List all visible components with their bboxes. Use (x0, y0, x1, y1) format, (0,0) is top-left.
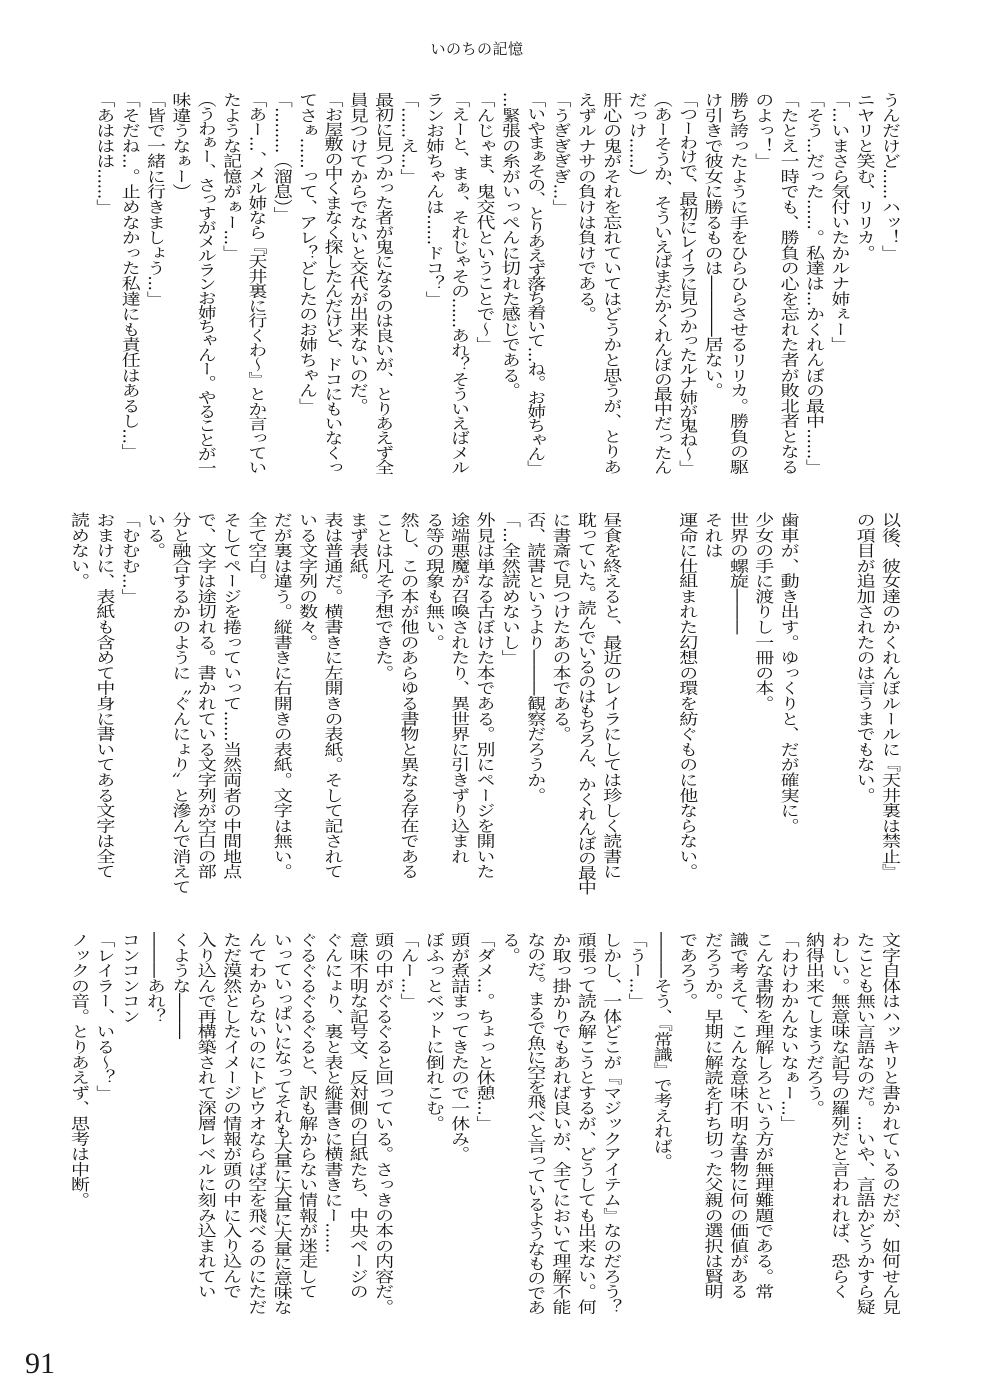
text-column: コンコンコン (116, 932, 141, 1314)
blank-column (826, 512, 851, 894)
text-column: る等の現象も無い。 (420, 512, 445, 894)
text-column: 「皆で一緒に行きましょう…」 (142, 92, 167, 474)
text-column: いる文字列の数々。 (294, 512, 319, 894)
text-column: 頭が煮詰まってきたので一休み。 (446, 932, 471, 1314)
text-column: 否、読書というより―――観察だろうか。 (522, 512, 547, 894)
text-column: 「そだね…。止めなかった私達にも責任はあるし…」 (116, 92, 141, 474)
text-column: 「………（溜息）」 (268, 92, 293, 474)
text-column: いる。 (142, 512, 167, 894)
text-column: …緊張の糸がいっぺんに切れた感じである。 (497, 92, 522, 474)
text-column: 「うぎぎぎぎ…」 (547, 92, 572, 474)
text-column: 「…全然読めないし」 (497, 512, 522, 894)
text-column: 「……え…」 (395, 92, 420, 474)
text-column: 少女の手に渡りし一冊の本。 (750, 512, 775, 894)
text-column: 「んじゃま、鬼交代ということで～」 (471, 92, 496, 474)
text-column: 然し、この本が他のあらゆる書物と異なる存在である (395, 512, 420, 894)
text-column: 耽っていた。読んでいるのはもちろん、かくれんぼの最中 (573, 512, 598, 894)
blank-column (801, 512, 826, 894)
text-column: 「たとえ一時でも、勝負の心を忘れた者が敗北者となる (775, 92, 800, 474)
text-column: だっけ……） (623, 92, 648, 474)
text-column: なのだ。まるで魚に空を飛べと言っているようなものであ (522, 932, 547, 1314)
blank-column (623, 512, 648, 894)
text-column: ノックの音。とりあえず、思考は中断。 (66, 932, 91, 1314)
text-column: 味違うなぁー） (167, 92, 192, 474)
text-column: だが裏は違う。縦書きに右開きの表紙。文字は無い。 (268, 512, 293, 894)
text-column: の項目が追加されたのは言うまでもない。 (851, 512, 876, 894)
text-column: ランお姉ちゃんは……ドコ？」 (420, 92, 445, 474)
text-column: で、文字は途切れる。書かれている文字列が空白の部 (192, 512, 217, 894)
text-column: 「ダメ…。ちょっと休憩…」 (471, 932, 496, 1314)
text-column: 員見つけてからでないと交代が出来ないのだ。 (344, 92, 369, 474)
text-column: 頑張って読み解こうとするが、どうしても出来ない。何 (573, 932, 598, 1314)
text-column: 歯車が、動き出す。ゆっくりと、だが確実に。 (775, 512, 800, 894)
text-column: 識で考えて、こんな意味不明な書物に何の価値がある (725, 932, 750, 1314)
text-column: 意味不明な記号文、反対側の白紙たち、中央ページの (344, 932, 369, 1314)
text-column: ―――あれ？ (142, 932, 167, 1314)
text-column: くような――― (167, 932, 192, 1314)
text-column: 「むむむ…」 (116, 512, 141, 894)
text-column: 勝ち誇ったように手をひらひらさせるリリカ。勝負の駆 (725, 92, 750, 474)
text-column: 「うー…」 (623, 932, 648, 1314)
text-column: か取っ掛かりでもあれば良いが、全てにおいて理解不能 (547, 932, 572, 1314)
text-column: のよっ！」 (750, 92, 775, 474)
text-column: ―――そう、『常識』で考えれば。 (649, 932, 674, 1314)
text-column: 「…いまさら気付いたかルナ姉ぇー」 (826, 92, 851, 474)
text-column: る。 (497, 932, 522, 1314)
text-column: 「あははは……」 (91, 92, 116, 474)
text-column: 途端悪魔が召喚されたり、異世界に引きずり込まれ (446, 512, 471, 894)
text-column: ニヤリと笑む、リリカ。 (851, 92, 876, 474)
text-column: 文字自体はハッキリと書かれているのだが、如何せん見 (877, 932, 902, 1314)
text-tier-top: うんだけど……ハッ！」 ニヤリと笑む、リリカ。 「…いまさら気付いたかルナ姉ぇー… (91, 92, 902, 474)
running-title: いのちの記憶 (0, 40, 954, 58)
text-column: んてわからないのにトビウオならば空を飛べるのにただ (243, 932, 268, 1314)
text-column: 「えーと、まぁ、それじゃその……あれ？そういえばメル (446, 92, 471, 474)
text-column: てさぁ……って、アレ？どしたのお姉ちゃん」 (294, 92, 319, 474)
text-column: 運命に仕組まれた幻想の環を紡ぐものに他ならない。 (674, 512, 699, 894)
text-column: 「レイラー、いる～？」 (91, 932, 116, 1314)
text-column: ぼふっとベットに倒れこむ。 (420, 932, 445, 1314)
text-column: 最初に見つかった者が鬼になるのは良いが、とりあえず全 (370, 92, 395, 474)
text-column: 「そう…だった……。私達は…かくれんぼの最中……」 (801, 92, 826, 474)
text-column: 読めない。 (66, 512, 91, 894)
text-column: 頭の中がぐるぐると回っている。さっきの本の内容だ。 (370, 932, 395, 1314)
text-column: 「んー…」 (395, 932, 420, 1314)
text-column: こんな書物を理解しろという方が無理難題である。常 (750, 932, 775, 1314)
text-column: 昼食を終えると、最近のレイラにしては珍しく読書に (598, 512, 623, 894)
text-column: 表は普通だ。横書きに左開きの表紙。そして記されて (319, 512, 344, 894)
text-tier-bottom: 文字自体はハッキリと書かれているのだが、如何せん見 たことも無い言語なのだ。…い… (66, 932, 902, 1314)
text-column: け引きで彼女に勝るものは――――居ない。 (699, 92, 724, 474)
text-column: たような記憶がぁー…」 (218, 92, 243, 474)
text-column: 以後、彼女達のかくれんぼルールに『天井裏は禁止』 (877, 512, 902, 894)
text-column: うんだけど……ハッ！」 (877, 92, 902, 474)
text-column: それは (699, 512, 724, 894)
text-column: ぐんにょり、裏と表と縦書きに横書きにー…… (319, 932, 344, 1314)
text-column: （うわぁー、さっすがメルランお姉ちゃんー。やることが一 (192, 92, 217, 474)
text-column: おまけに、表紙も含めて中身に書いてある文字は全て (91, 512, 116, 894)
text-column: えずルナサの負けは負けである。 (573, 92, 598, 474)
text-column: に書斎で見つけたあの本である。 (547, 512, 572, 894)
text-column: まず表紙。 (344, 512, 369, 894)
text-column: だろうか。早期に解読を打ち切った父親の選択は賢明 (699, 932, 724, 1314)
text-column: 世界の螺旋――― (725, 512, 750, 894)
text-column: であろう。 (674, 932, 699, 1314)
text-column: いっていっぱいになってそれも大量に大量に大量に意味な (268, 932, 293, 1314)
text-column: ただ漠然としたイメージの情報が頭の中に入り込んで (218, 932, 243, 1314)
blank-column (649, 512, 674, 894)
text-column: 「お屋敷の中くまなく探したんだけど、ドコにもいなくっ (319, 92, 344, 474)
text-column: 分と融合するかのように〝ぐんにょり〟と滲んで消えて (167, 512, 192, 894)
text-column: しかし、一体どこが『マジックアイテム』なのだろう？ (598, 932, 623, 1314)
text-column: 肝心の鬼がそれを忘れていてはどうかと思うが、とりあ (598, 92, 623, 474)
text-column: 全て空白。 (243, 512, 268, 894)
text-column: （あーそうか、そういえばまだかくれんぼの最中だったん (649, 92, 674, 474)
text-column: 外見は単なる古ぼけた本である。別にページを開いた (471, 512, 496, 894)
text-column: 入り込んで再構築されて深層レベルに刻み込まれてい (192, 932, 217, 1314)
text-column: わしい。無意味な記号の羅列だと言われれば、恐らく (826, 932, 851, 1314)
page-number: 91 (25, 1348, 55, 1380)
text-column: 納得出来てしまうだろう。 (801, 932, 826, 1314)
text-column: たことも無い言語なのだ。…いや、言語かどうかすら疑 (851, 932, 876, 1314)
text-column: そしてページを捲っていって……当然両者の中間地点 (218, 512, 243, 894)
text-column: 「あー…、メル姉なら『天井裏に行くわ～』とか言ってい (243, 92, 268, 474)
text-column: 「つーわけで、最初にレイラに見つかったルナ姉が鬼ね～」 (674, 92, 699, 474)
text-tier-middle: 以後、彼女達のかくれんぼルールに『天井裏は禁止』 の項目が追加されたのは言うまで… (66, 512, 902, 894)
text-column: ことは凡そ予想できた。 (370, 512, 395, 894)
text-column: 「いやまぁその、とりあえず落ち着いて…ね。お姉ちゃん」 (522, 92, 547, 474)
text-column: ぐるぐるぐるぐると、訳も解からない情報が迷走して (294, 932, 319, 1314)
text-column: 「わけわかんないなぁー…」 (775, 932, 800, 1314)
